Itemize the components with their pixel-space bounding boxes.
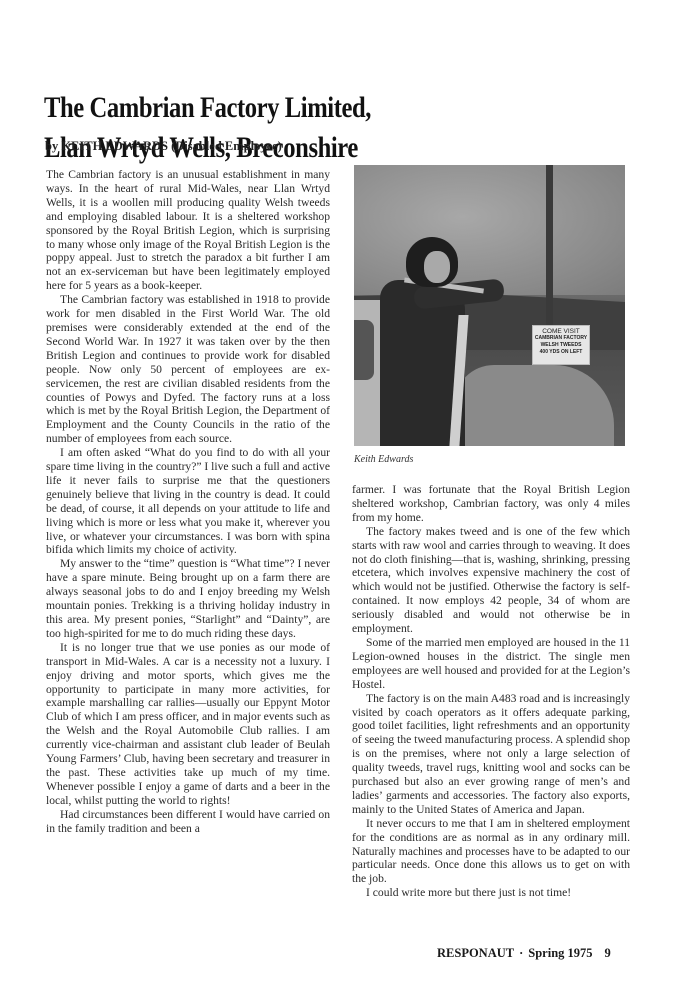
paragraph: The factory is on the main A483 road and…	[352, 692, 630, 817]
photo-car	[454, 365, 614, 446]
photo-van-window	[354, 320, 374, 380]
photo-sky	[354, 165, 625, 295]
right-column: farmer. I was fortunate that the Royal B…	[352, 483, 630, 900]
byline: by KEITH EDWARDS (Disabled Employee)	[45, 139, 282, 154]
author-note: (Disabled Employee)	[171, 139, 282, 153]
photo-keith-edwards: COME VISIT CAMBRIAN FACTORY WELSH TWEEDS…	[354, 165, 625, 446]
paragraph: I could write more but there just is not…	[352, 886, 630, 900]
photo-sign: COME VISIT CAMBRIAN FACTORY WELSH TWEEDS…	[532, 325, 590, 365]
sign-line: 400 YDS ON LEFT	[533, 349, 589, 356]
sign-line: CAMBRIAN FACTORY	[533, 335, 589, 342]
photo-person-face	[424, 251, 450, 283]
paragraph: Some of the married men employed are hou…	[352, 636, 630, 692]
issue-label: Spring 1975	[528, 946, 592, 960]
paragraph: Had circumstances been different I would…	[46, 808, 330, 836]
page-number: 9	[605, 946, 611, 960]
author-name: by KEITH EDWARDS	[45, 139, 168, 153]
title-line-1: The Cambrian Factory Limited,	[44, 88, 470, 128]
footer-separator: ·	[519, 946, 523, 960]
sign-line: COME VISIT	[533, 328, 589, 335]
paragraph: My answer to the “time” question is “Wha…	[46, 557, 330, 640]
page-footer: RESPONAUT·Spring 19759	[437, 946, 611, 961]
paragraph: The Cambrian factory is an unusual estab…	[46, 168, 330, 293]
paragraph: It never occurs to me that I am in shelt…	[352, 817, 630, 887]
sign-line: WELSH TWEEDS	[533, 342, 589, 349]
paragraph: The factory makes tweed and is one of th…	[352, 525, 630, 636]
paragraph: farmer. I was fortunate that the Royal B…	[352, 483, 630, 525]
article-title: The Cambrian Factory Limited, Llan Wrtyd…	[44, 88, 372, 168]
left-column: The Cambrian factory is an unusual estab…	[46, 168, 330, 836]
paragraph: I am often asked “What do you find to do…	[46, 446, 330, 557]
publication-name: RESPONAUT	[437, 946, 514, 960]
photo-caption: Keith Edwards	[354, 454, 413, 465]
photo-pole	[546, 165, 553, 325]
paragraph: The Cambrian factory was established in …	[46, 293, 330, 446]
paragraph: It is no longer true that we use ponies …	[46, 641, 330, 808]
